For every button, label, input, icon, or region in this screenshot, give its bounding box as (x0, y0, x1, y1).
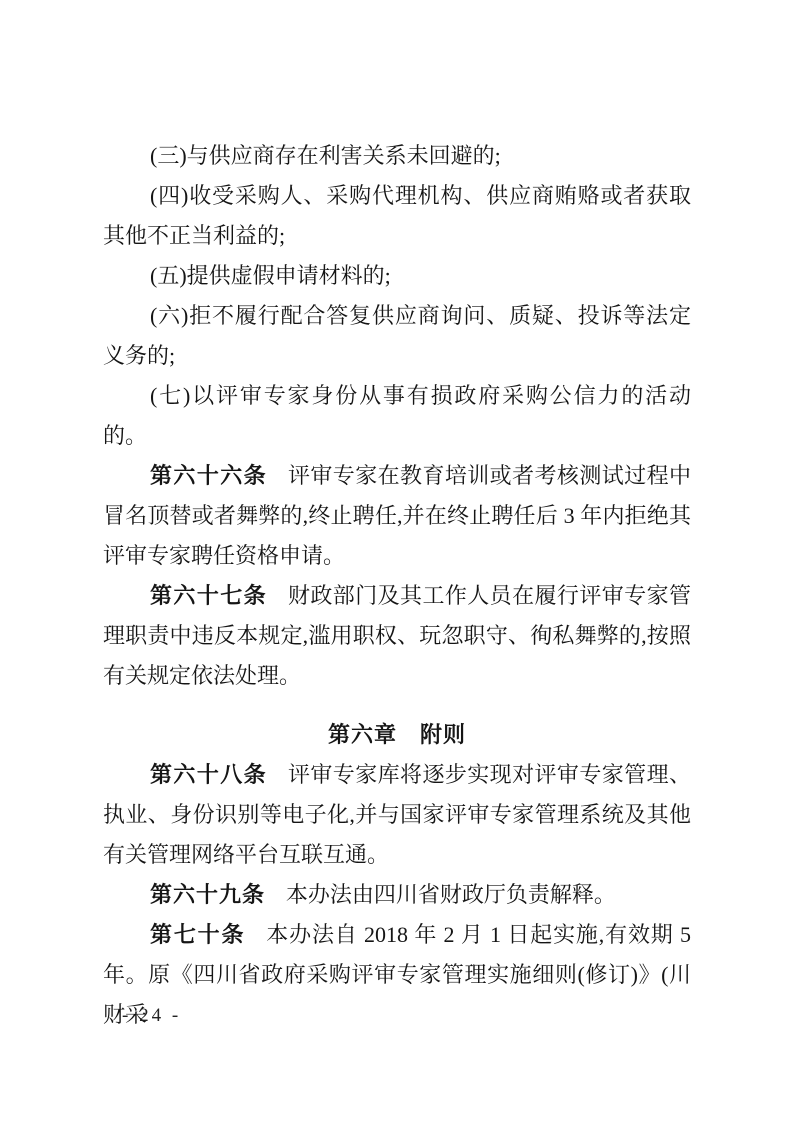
clause-item-3: (三)与供应商存在利害关系未回避的; (103, 136, 691, 176)
article-66-number: 第六十六条 (150, 463, 267, 488)
clause-text: (三)与供应商存在利害关系未回避的; (150, 143, 501, 168)
article-69-number: 第六十九条 (150, 882, 265, 907)
chapter-6-heading: 第六章 附则 (103, 715, 691, 755)
article-67: 第六十七条财政部门及其工作人员在履行评审专家管理职责中违反本规定,滥用职权、玩忽… (103, 576, 691, 696)
clause-item-7: (七)以评审专家身份从事有损政府采购公信力的活动的。 (103, 376, 691, 456)
article-70: 第七十条本办法自 2018 年 2 月 1 日起实施,有效期 5 年。原《四川省… (103, 915, 691, 1035)
article-66: 第六十六条评审专家在教育培训或者考核测试过程中冒名顶替或者舞弊的,终止聘任,并在… (103, 456, 691, 576)
clause-text: (六)拒不履行配合答复供应商询问、质疑、投诉等法定义务的; (103, 303, 691, 368)
article-70-number: 第七十条 (150, 922, 245, 947)
clause-item-5: (五)提供虚假申请材料的; (103, 256, 691, 296)
article-67-number: 第六十七条 (150, 583, 267, 608)
clause-text: (四)收受采购人、采购代理机构、供应商贿赂或者获取其他不正当利益的; (103, 183, 691, 248)
clause-text: (七)以评审专家身份从事有损政府采购公信力的活动的。 (103, 383, 691, 448)
article-69: 第六十九条本办法由四川省财政厅负责解释。 (103, 875, 691, 915)
page-number: - 24 - (122, 1001, 181, 1031)
article-69-text: 本办法由四川省财政厅负责解释。 (286, 882, 616, 907)
article-68: 第六十八条评审专家库将逐步实现对评审专家管理、执业、身份识别等电子化,并与国家评… (103, 755, 691, 875)
clause-text: (五)提供虚假申请材料的; (150, 263, 391, 288)
clause-item-6: (六)拒不履行配合答复供应商询问、质疑、投诉等法定义务的; (103, 296, 691, 376)
document-page: (三)与供应商存在利害关系未回避的; (四)收受采购人、采购代理机构、供应商贿赂… (0, 0, 794, 1123)
clause-item-4: (四)收受采购人、采购代理机构、供应商贿赂或者获取其他不正当利益的; (103, 176, 691, 256)
document-body: (三)与供应商存在利害关系未回避的; (四)收受采购人、采购代理机构、供应商贿赂… (103, 136, 691, 1035)
article-68-number: 第六十八条 (150, 762, 267, 787)
